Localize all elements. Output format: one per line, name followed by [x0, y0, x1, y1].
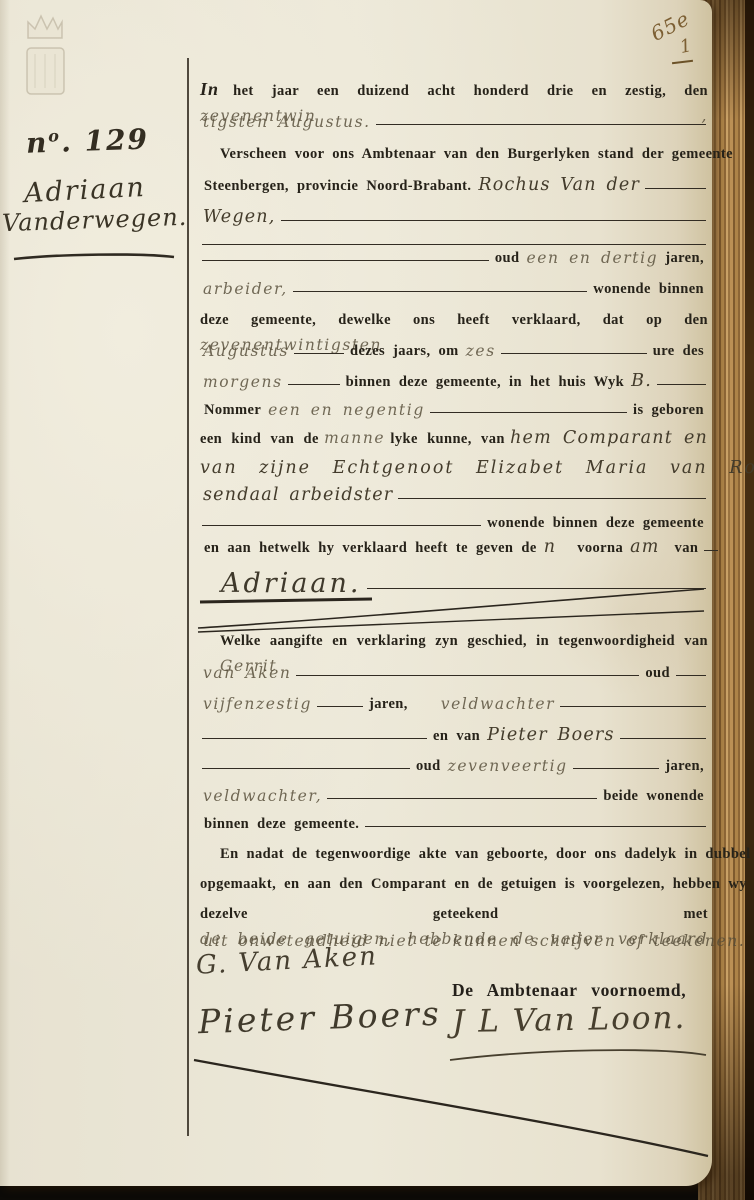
printed-text: jaren, — [665, 251, 704, 266]
handwritten-text: n — [544, 538, 556, 556]
printed-text: voorna — [577, 541, 623, 556]
handwritten-text: een en negentig — [268, 402, 425, 418]
document-line: uit onwetendheid niet te kunnen schrijve… — [200, 923, 708, 949]
printed-text: jaren, — [665, 759, 704, 774]
fill-rule — [317, 706, 363, 707]
handwritten-text: veldwachter, — [203, 788, 322, 804]
printed-text: een kind van de — [200, 431, 319, 447]
printed-text: deze gemeente, dewelke ons heeft verklaa… — [200, 312, 708, 328]
child-name-margin-line1: Adriaan — [23, 172, 146, 209]
fill-rule — [704, 550, 718, 551]
akte-number-rest: . 129 — [60, 123, 149, 159]
printed-text: het jaar een duizend acht honderd drie e… — [233, 83, 708, 99]
child-name-margin-line2: Vanderwegen. — [2, 203, 189, 237]
printed-text: binnen deze gemeente. — [204, 817, 359, 832]
fill-rule — [620, 738, 706, 739]
margin-flourish — [10, 250, 180, 269]
fill-rule — [202, 768, 410, 769]
document-line: van Akenoud — [200, 655, 708, 681]
akte-number: no. 129 — [25, 121, 186, 160]
printed-text: is geboren — [633, 403, 704, 418]
handwritten-text: vijfenzestig — [203, 696, 312, 712]
fill-rule — [327, 798, 597, 799]
printed-text: Nommer — [204, 403, 261, 418]
document-line: deze gemeente, dewelke ons heeft verklaa… — [200, 307, 708, 333]
handwritten-text: am — [630, 538, 659, 556]
document-line: Verscheen voor ons Ambtenaar van den Bur… — [200, 141, 708, 167]
document-line: binnen deze gemeente. — [200, 806, 708, 832]
fill-rule — [293, 291, 587, 292]
handwritten-text: tigsten Augustus. — [203, 114, 371, 130]
printed-text: dezes jaars, om — [350, 344, 459, 359]
printed-text: opgemaakt, en aan den Comparant en de ge… — [200, 876, 747, 892]
document-line: arbeider,wonende binnen — [200, 271, 708, 297]
document-line: opgemaakt, en aan den Comparant en de ge… — [200, 871, 708, 897]
fill-rule — [645, 188, 706, 189]
document-line: wonende binnen deze gemeente — [200, 505, 708, 531]
akte-number-prefix: n — [25, 126, 48, 160]
printed-text: oud — [495, 251, 520, 266]
document-line: En nadat de tegenwoordige akte van geboo… — [200, 841, 708, 867]
official-title: De Ambtenaar voornoemd, — [452, 980, 702, 1001]
printed-text: Steenbergen, provincie Noord-Brabant. — [204, 179, 471, 194]
document-line: veldwachter,beide wonende — [200, 778, 708, 804]
printed-text: binnen deze gemeente, in het huis Wyk — [346, 375, 624, 390]
document-line: een kind van de manne lyke kunne, van he… — [200, 426, 708, 452]
printed-text: oud — [416, 759, 441, 774]
document-line: en aan hetwelk hy verklaard heeft te gev… — [200, 530, 708, 556]
document-line: oudzevenveertigjaren, — [200, 748, 708, 774]
printed-text: van — [675, 541, 699, 556]
handwritten-text: een en dertig — [526, 250, 658, 266]
printed-text: en aan hetwelk hy verklaard heeft te gev… — [204, 541, 537, 556]
handwritten-text: zes — [466, 343, 496, 359]
page-left-shade — [0, 0, 10, 1186]
handwritten-text: van zijne Echtgenoot Elizabet Maria van … — [200, 458, 754, 478]
fill-rule — [430, 412, 627, 413]
handwritten-text: sendaal arbeidster — [203, 486, 393, 504]
printed-text: En nadat de tegenwoordige akte van geboo… — [220, 846, 751, 862]
handwritten-text: hem Comparant en — [510, 428, 708, 448]
handwritten-text: Pieter Boers — [487, 726, 615, 744]
handwritten-text: zevenveertig — [448, 758, 568, 774]
document-line: tigsten Augustus. — [200, 104, 708, 130]
fill-rule — [657, 384, 706, 385]
handwritten-text: manne — [324, 429, 385, 447]
akte-number-sup: o — [48, 126, 61, 145]
fill-rule — [398, 498, 706, 499]
document-line: Wegen, — [200, 200, 708, 226]
document-line: sendaal arbeidster — [200, 478, 708, 504]
fill-rule — [365, 826, 706, 827]
photo-background: { "folio": { "page_mark": "65e", "copy_m… — [0, 0, 754, 1200]
printed-text: jaren, — [369, 697, 408, 712]
printed-text: wonende binnen deze gemeente — [487, 516, 704, 531]
handwritten-text: B. — [631, 372, 652, 390]
fill-rule — [281, 220, 706, 221]
printed-text: In — [200, 79, 219, 99]
document-line: vijfenzestigjaren,veldwachter — [200, 686, 708, 712]
printed-text: en van — [433, 729, 480, 744]
fill-rule — [501, 353, 647, 354]
printed-text: wonende binnen — [593, 282, 704, 297]
fill-rule — [202, 260, 489, 261]
fill-rule — [294, 353, 344, 354]
handwritten-text: arbeider, — [203, 281, 288, 297]
fill-rule — [560, 706, 706, 707]
document-line: In het jaar een duizend acht honderd dri… — [200, 78, 708, 104]
printed-text: lyke kunne, van — [390, 431, 504, 447]
document-line: en vanPieter Boers — [200, 718, 708, 744]
embossed-stamp — [8, 4, 78, 109]
printed-text: dezelve geteekend met — [200, 906, 708, 922]
printed-text: oud — [645, 666, 670, 681]
strike-through-line — [188, 1050, 714, 1169]
printed-text: Verscheen voor ons Ambtenaar van den Bur… — [220, 146, 733, 162]
fill-rule — [202, 525, 481, 526]
document-line: Nommereen en negentigis geboren — [200, 392, 708, 418]
fill-rule — [573, 768, 660, 769]
handwritten-text: Augustus — [203, 343, 289, 359]
handwritten-text: Rochus Van der — [478, 176, 640, 194]
register-page: 65e 1 no. 129 Adriaan Vanderwegen. In he… — [0, 0, 712, 1186]
printed-text: ure des — [653, 344, 704, 359]
document-line: oudeen en dertigjaren, — [200, 240, 708, 266]
handwritten-text: morgens — [203, 374, 283, 390]
handwritten-text: veldwachter — [441, 696, 555, 712]
fill-rule — [676, 675, 706, 676]
fill-rule — [296, 675, 639, 676]
document-line: Steenbergen, provincie Noord-Brabant.Roc… — [200, 168, 708, 194]
printed-text: beide wonende — [603, 789, 704, 804]
document-line: morgensbinnen deze gemeente, in het huis… — [200, 364, 708, 390]
fill-rule — [376, 124, 706, 125]
document-line: Augustusdezes jaars, omzesure des — [200, 333, 708, 359]
official-signature: J L Van Loon. — [452, 1000, 687, 1040]
fill-rule — [202, 738, 427, 739]
flourish-lines — [192, 588, 708, 647]
fill-rule — [288, 384, 340, 385]
handwritten-text: van Aken — [203, 665, 291, 681]
